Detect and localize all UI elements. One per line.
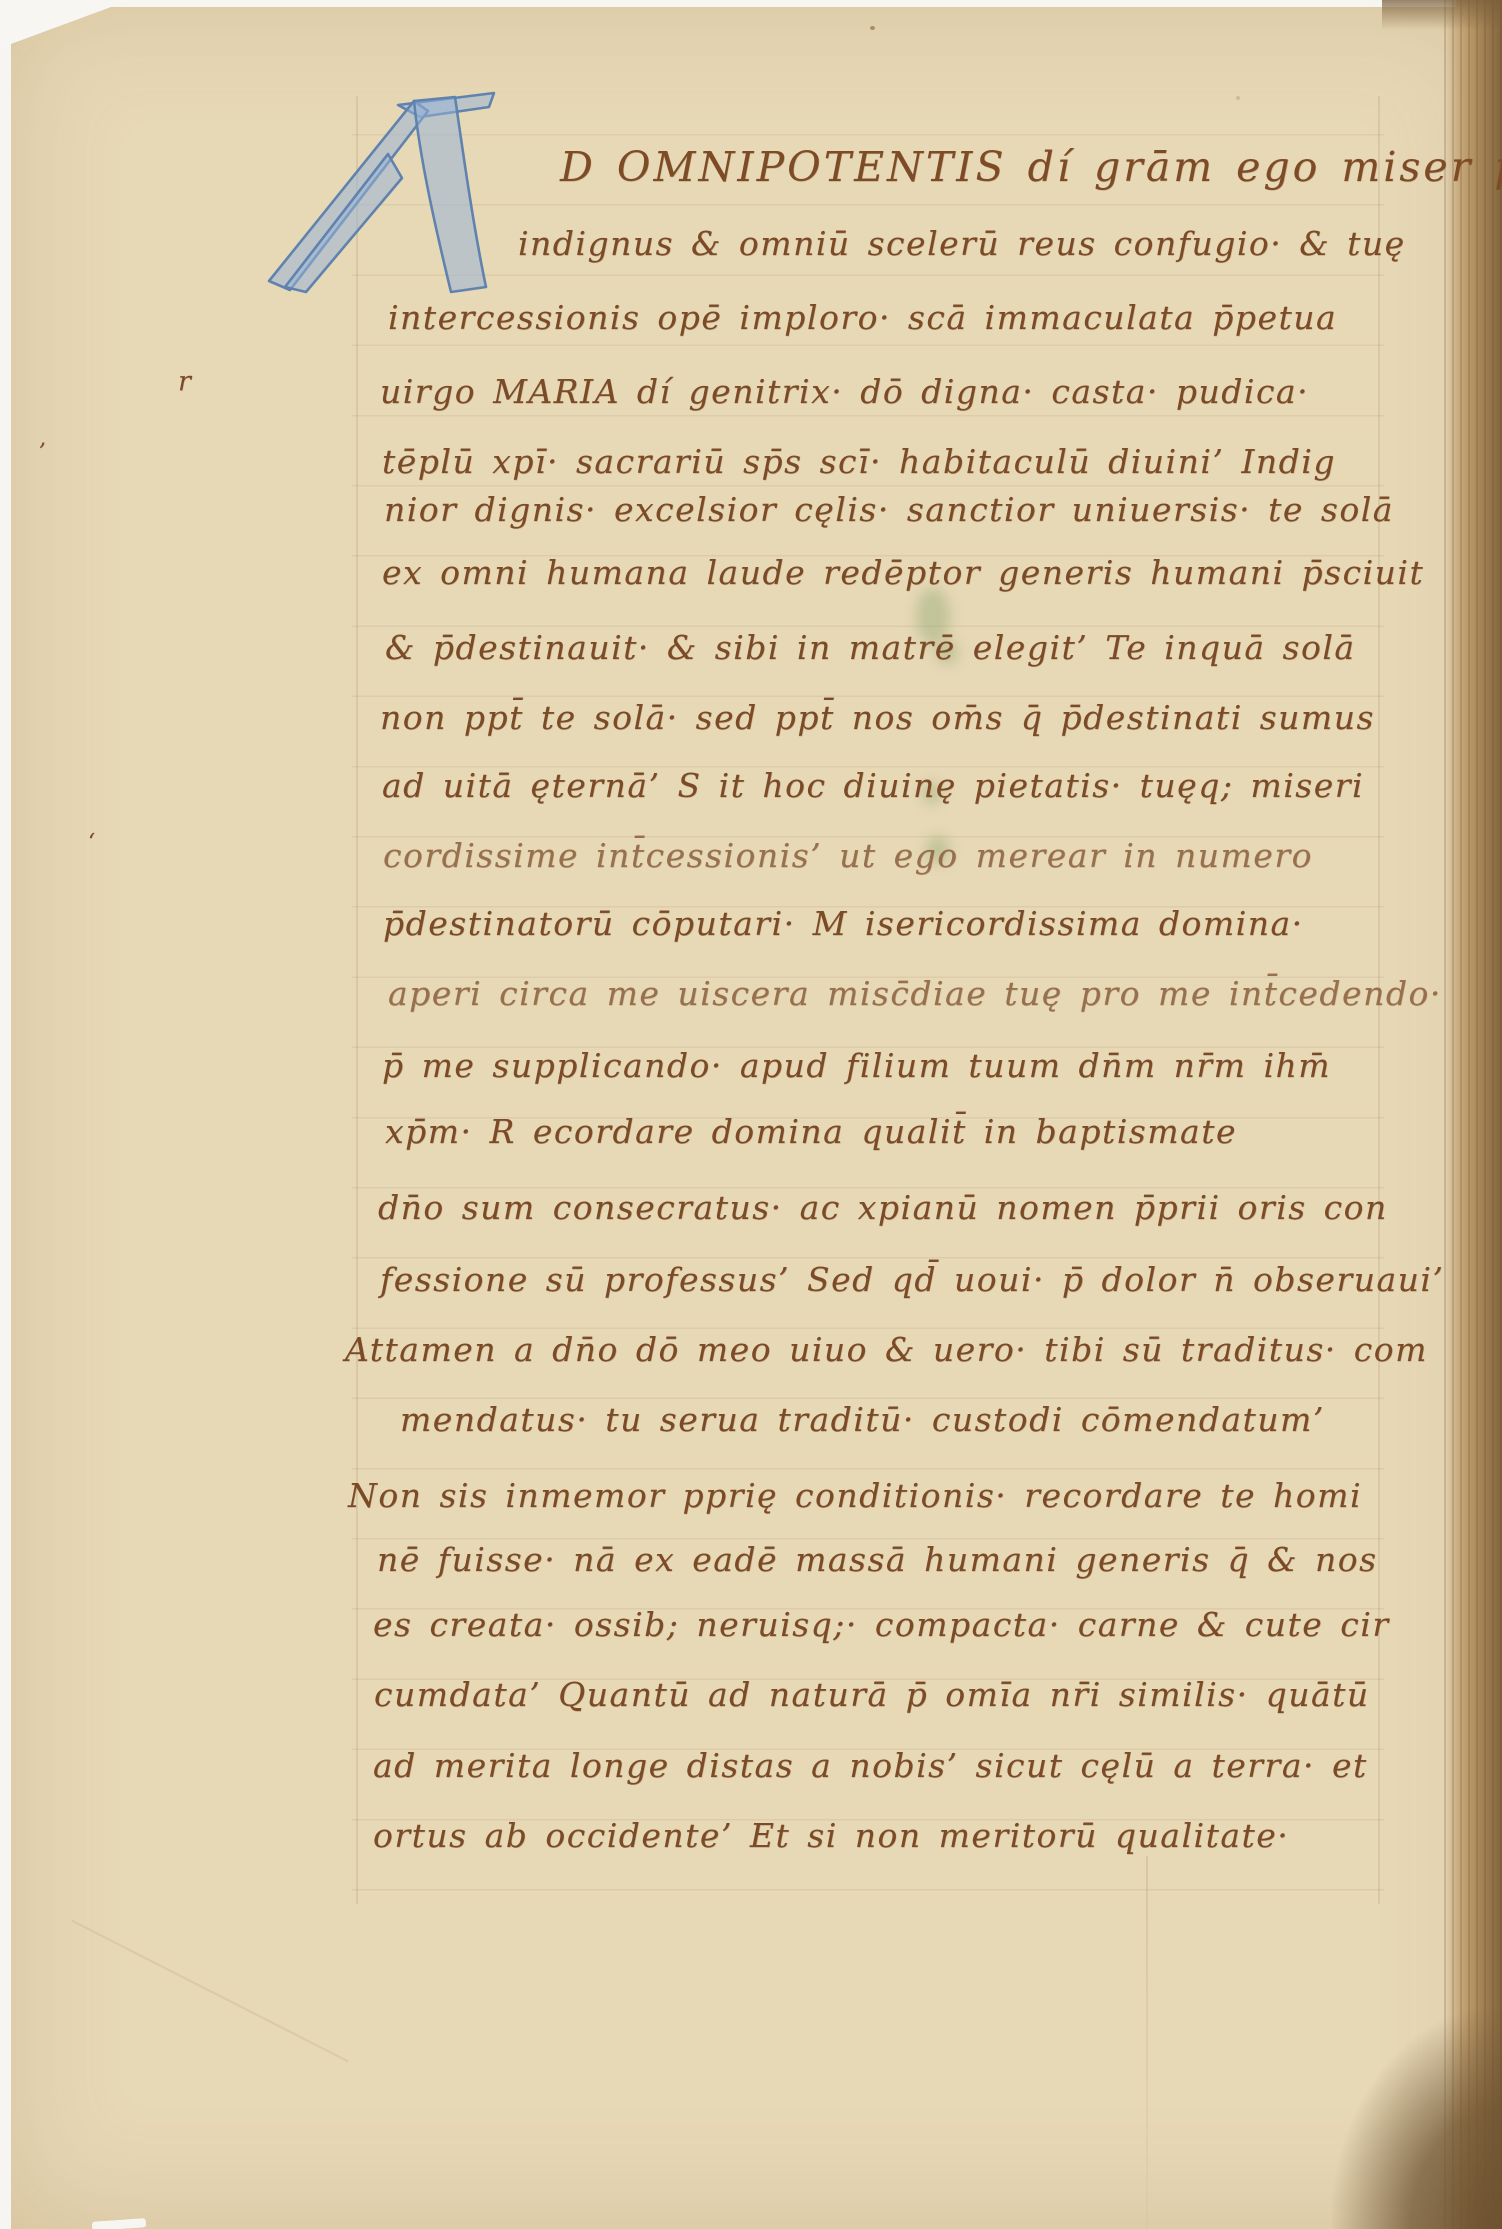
text-line-24: ad merita longe distas a nobis’ sicut cę… bbox=[373, 1746, 1368, 1785]
text-line-19: mendatus· tu serua traditū· custodi cōme… bbox=[400, 1400, 1325, 1439]
text-line-23: cumdata’ Quantū ad naturā p̄ omīa nr̄i s… bbox=[374, 1675, 1370, 1714]
text-line-4: uirgo MARIA dí genitrix· dō digna· casta… bbox=[380, 372, 1309, 411]
margin-note-2: ʼ bbox=[38, 440, 45, 465]
text-line-17: fessione sū professus’ Sed qd̄ uoui· p̄ … bbox=[380, 1260, 1444, 1299]
text-line-5: tēplū xpī· sacrariū sp̄s scī· habitaculū… bbox=[382, 442, 1336, 481]
text-line-25: ortus ab occidente’ Et si non meritorū q… bbox=[373, 1816, 1289, 1855]
text-line-10: ad uitā ęternā’ S it hoc diuinę pietatis… bbox=[382, 766, 1364, 805]
text-line-21: nē fuisse· nā ex eadē massā humani gener… bbox=[377, 1540, 1378, 1579]
text-line-20: Non sis inmemor pprię conditionis· recor… bbox=[348, 1476, 1362, 1515]
text-line-12: p̄destinatorū cōputari· M isericordissim… bbox=[383, 904, 1304, 943]
text-line-22: es creata· ossib; neruisq;· compacta· ca… bbox=[373, 1605, 1390, 1644]
text-line-11: cordissime int̄cessionis’ ut ego merear … bbox=[383, 836, 1313, 875]
margin-note-1: r bbox=[178, 366, 191, 397]
text-line-8: & p̄destinauit· & sibi in matrē elegit’ … bbox=[385, 628, 1356, 667]
text-line-7: ex omni humana laude redēptor generis hu… bbox=[382, 553, 1424, 592]
text-line-16: dn̄o sum consecratus· ac xpianū nomen p̄… bbox=[378, 1188, 1388, 1227]
text-line-14: p̄ me supplicando· apud filium tuum dn̄m… bbox=[382, 1046, 1331, 1085]
text-line-1: D OMNIPOTENTIS dí grām ego miser peccato… bbox=[560, 143, 1502, 191]
text-line-9: non ppt̄ te solā· sed ppt̄ nos om̄s q̄ p… bbox=[380, 698, 1375, 737]
text-line-3: intercessionis opē imploro· scā immacula… bbox=[388, 298, 1337, 337]
text-line-13: aperi circa me uiscera misc̄diae tuę pro… bbox=[388, 974, 1442, 1013]
text-line-6: nior dignis· excelsior cęlis· sanctior u… bbox=[384, 490, 1394, 529]
text-line-15: xp̄m· R ecordare domina qualit̄ in bapti… bbox=[385, 1112, 1237, 1151]
manuscript-page: A D OMNIPOTENTIS dí grām ego miser pecca… bbox=[0, 0, 1502, 2229]
text-line-18: Attamen a dn̄o dō meo uiuo & uero· tibi … bbox=[345, 1330, 1428, 1369]
margin-note-3: ʻ bbox=[88, 830, 95, 855]
text-line-2: indignus & omniū scelerū reus confugio· … bbox=[518, 224, 1406, 263]
text-block: D OMNIPOTENTIS dí grām ego miser peccato… bbox=[0, 0, 1502, 2229]
